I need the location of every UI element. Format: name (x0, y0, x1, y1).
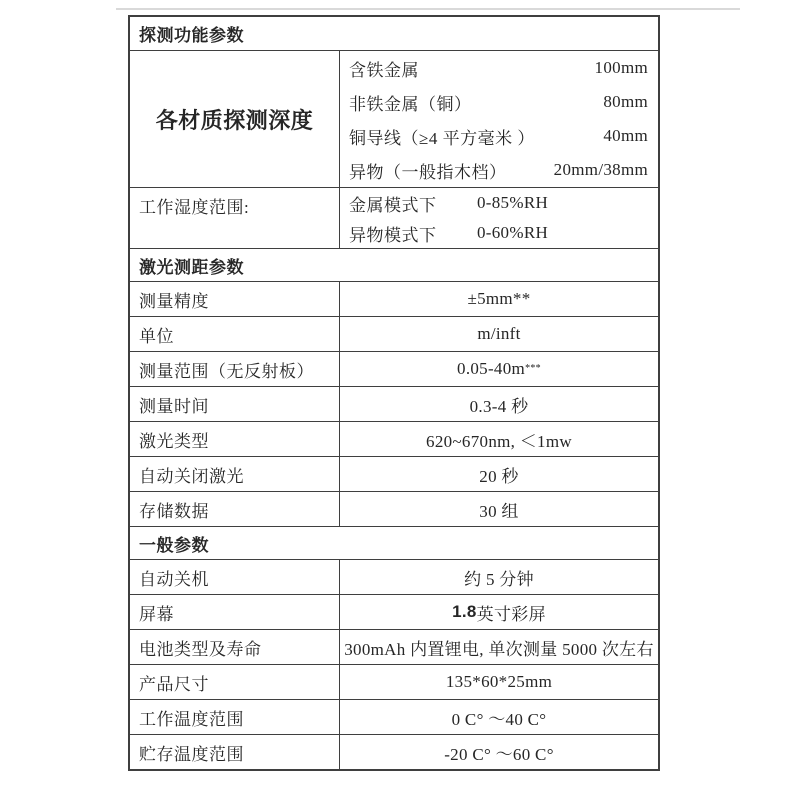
sub-label: 含铁金属 (340, 56, 419, 81)
row-value: 0.05-40m*** (340, 352, 658, 386)
row-value: 20 秒 (340, 457, 658, 491)
row-label-text: 存储数据 (139, 497, 209, 522)
section-header: 激光测距参数 (130, 248, 658, 281)
row-label: 产品尺寸 (130, 665, 340, 699)
table-row: 贮存温度范围-20 C° ～60 C° (130, 734, 658, 769)
row-value-text: 620~670nm, ＜1mw (426, 427, 572, 452)
sub-row: 非铁金属（铜）80mm (340, 85, 658, 119)
row-value: 30 组 (340, 492, 658, 526)
sub-value: 80mm (603, 92, 658, 112)
sub-label: 异物模式下 (340, 221, 477, 246)
row-value-text: 0.05-40m (457, 359, 525, 379)
row-label: 工作温度范围 (130, 700, 340, 734)
sub-label: 铜导线（≥4 平方毫米 ） (340, 124, 535, 149)
row-value-text: 0.3-4 秒 (470, 392, 529, 417)
row-value: 约 5 分钟 (340, 560, 658, 594)
row-label-text: 测量时间 (139, 392, 209, 417)
sub-value: 20mm/38mm (554, 160, 658, 180)
row-label-text: 产品尺寸 (139, 670, 209, 695)
row-label-text: 屏幕 (139, 600, 174, 625)
row-label-text: 电池类型及寿命 (139, 635, 262, 660)
sub-row: 含铁金属100mm (340, 51, 658, 85)
row-value: 0 C° ～40 C° (340, 700, 658, 734)
table-row: 测量精度±5mm** (130, 281, 658, 316)
row-label: 存储数据 (130, 492, 340, 526)
row-value-text: 英寸彩屏 (477, 600, 546, 625)
sub-rows: 金属模式下0-85%RH异物模式下0-60%RH (340, 188, 658, 248)
table-row: 单位m/inft (130, 316, 658, 351)
row-label: 测量范围（无反射板） (130, 352, 340, 386)
row-label: 测量精度 (130, 282, 340, 316)
sub-row: 异物（一般指木档）20mm/38mm (340, 153, 658, 187)
row-value-text: 20 秒 (479, 462, 518, 487)
row-label-text: 工作温度范围 (139, 705, 244, 730)
row-value: 300mAh 内置锂电, 单次测量 5000 次左右 (340, 630, 658, 664)
sub-label: 金属模式下 (340, 191, 477, 216)
row-label: 测量时间 (130, 387, 340, 421)
row-label: 自动关机 (130, 560, 340, 594)
table-row: 激光类型620~670nm, ＜1mw (130, 421, 658, 456)
table-row: 屏幕1.8 英寸彩屏 (130, 594, 658, 629)
row-value: -20 C° ～60 C° (340, 735, 658, 769)
row-label: 电池类型及寿命 (130, 630, 340, 664)
row-value: 620~670nm, ＜1mw (340, 422, 658, 456)
row-value: ±5mm** (340, 282, 658, 316)
row-value: 135*60*25mm (340, 665, 658, 699)
row-value: 1.8 英寸彩屏 (340, 595, 658, 629)
row-label-text: 贮存温度范围 (139, 740, 244, 765)
table-row: 工作湿度范围:金属模式下0-85%RH异物模式下0-60%RH (130, 187, 658, 248)
sub-label: 非铁金属（铜） (340, 90, 472, 115)
row-value-text: -20 C° ～60 C° (444, 740, 554, 765)
row-label: 工作湿度范围: (130, 188, 340, 248)
row-value-text: 约 5 分钟 (464, 565, 534, 590)
table-row: 各材质探测深度含铁金属100mm非铁金属（铜）80mm铜导线（≥4 平方毫米 ）… (130, 50, 658, 187)
row-label: 贮存温度范围 (130, 735, 340, 769)
sub-row: 异物模式下0-60%RH (340, 218, 658, 248)
table-row: 测量时间0.3-4 秒 (130, 386, 658, 421)
row-value-text: 135*60*25mm (446, 672, 552, 692)
scan-artifact-line (116, 8, 740, 10)
sub-rows: 含铁金属100mm非铁金属（铜）80mm铜导线（≥4 平方毫米 ）40mm异物（… (340, 51, 658, 187)
row-label-text: 测量范围（无反射板） (139, 357, 314, 382)
table-row: 存储数据30 组 (130, 491, 658, 526)
row-label-text: 自动关闭激光 (139, 462, 244, 487)
row-value-text: ±5mm** (467, 289, 530, 309)
row-label-text: 激光类型 (139, 427, 209, 452)
row-value: m/inft (340, 317, 658, 351)
row-label: 屏幕 (130, 595, 340, 629)
section-header: 探测功能参数 (130, 17, 658, 50)
spec-table: 探测功能参数各材质探测深度含铁金属100mm非铁金属（铜）80mm铜导线（≥4 … (128, 15, 660, 771)
row-label-text: 单位 (139, 322, 174, 347)
row-label-text: 各材质探测深度 (156, 104, 314, 135)
sub-value: 40mm (603, 126, 658, 146)
row-value-text: 0 C° ～40 C° (452, 705, 547, 730)
row-label-text: 测量精度 (139, 287, 209, 312)
sub-value: 0-60%RH (477, 223, 548, 243)
row-label: 自动关闭激光 (130, 457, 340, 491)
row-label-text: 自动关机 (139, 565, 209, 590)
row-label: 激光类型 (130, 422, 340, 456)
page: 探测功能参数各材质探测深度含铁金属100mm非铁金属（铜）80mm铜导线（≥4 … (0, 0, 800, 800)
table-row: 自动关闭激光20 秒 (130, 456, 658, 491)
row-value-text: m/inft (477, 324, 520, 344)
row-value-text: 300mAh 内置锂电, 单次测量 5000 次左右 (344, 635, 654, 660)
row-value-text: 30 组 (479, 497, 518, 522)
sub-row: 金属模式下0-85%RH (340, 188, 658, 218)
sub-value: 0-85%RH (477, 193, 548, 213)
sub-row: 铜导线（≥4 平方毫米 ）40mm (340, 119, 658, 153)
table-row: 工作温度范围0 C° ～40 C° (130, 699, 658, 734)
table-row: 电池类型及寿命300mAh 内置锂电, 单次测量 5000 次左右 (130, 629, 658, 664)
row-label: 各材质探测深度 (130, 51, 340, 187)
table-row: 产品尺寸135*60*25mm (130, 664, 658, 699)
row-label: 单位 (130, 317, 340, 351)
row-value-strong: 1.8 (452, 602, 477, 622)
row-label-text: 工作湿度范围: (139, 193, 249, 218)
row-value: 0.3-4 秒 (340, 387, 658, 421)
section-header: 一般参数 (130, 526, 658, 559)
table-row: 自动关机约 5 分钟 (130, 559, 658, 594)
table-row: 测量范围（无反射板）0.05-40m*** (130, 351, 658, 386)
sub-value: 100mm (595, 58, 658, 78)
sub-label: 异物（一般指木档） (340, 158, 507, 183)
